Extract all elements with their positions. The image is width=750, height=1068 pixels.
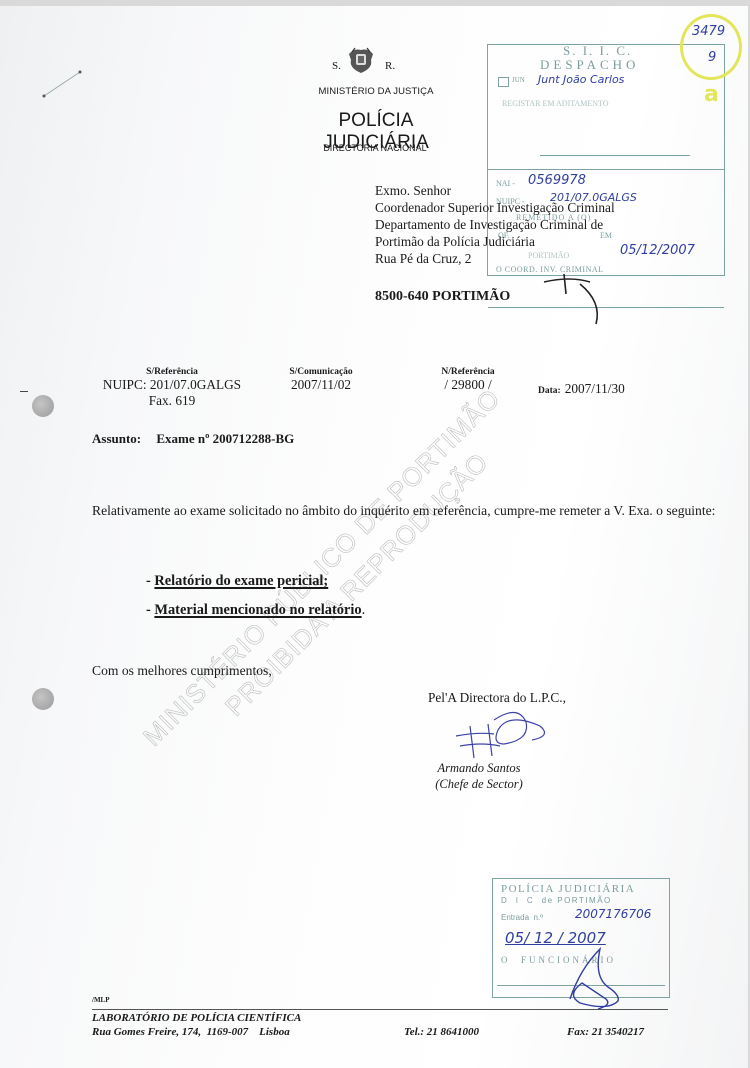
recipient-line: Exmo. Senhor bbox=[375, 182, 615, 199]
recipient-postal-city: 8500-640 PORTIMÃO bbox=[375, 289, 510, 305]
date-block: Data: 2007/11/30 bbox=[538, 380, 625, 398]
list-item: - Material mencionado no relatório. bbox=[146, 602, 365, 619]
s-comunicacao-value: 2007/11/02 bbox=[276, 377, 366, 393]
stamp-row1-label: JUN bbox=[512, 76, 525, 84]
typist-initials: /MLP bbox=[92, 996, 110, 1004]
stamp-rule bbox=[540, 155, 690, 156]
footer-address: Rua Gomes Freire, 174, 1169-007 Lisboa bbox=[92, 1026, 290, 1038]
footer-rule bbox=[92, 1009, 668, 1010]
stamp-checkbox bbox=[498, 77, 509, 87]
ministry-name: MINISTÉRIO DA JUSTIÇA bbox=[316, 86, 436, 97]
header-right-initial: R. bbox=[385, 60, 395, 72]
stamp-rule bbox=[488, 169, 724, 170]
recipient-line: Departamento de Investigação Criminal de bbox=[375, 216, 615, 233]
entrada-line-1: POLÍCIA JUDICIÁRIA bbox=[501, 883, 635, 895]
clerk-signature bbox=[560, 941, 630, 1011]
date-value: 2007/11/30 bbox=[565, 381, 625, 396]
s-referencia-block: S/Referência NUIPC: 201/07.0GALGS Fax. 6… bbox=[92, 367, 252, 409]
recipient-address: Exmo. Senhor Coordenador Superior Invest… bbox=[375, 182, 615, 267]
s-comunicacao-block: S/Comunicação 2007/11/02 bbox=[276, 367, 366, 393]
recipient-line: Coordenador Superior Investigação Crimin… bbox=[375, 199, 615, 216]
footer-fax: Fax: 21 3540217 bbox=[567, 1026, 644, 1038]
on-behalf-line: Pel'A Directora do L.P.C., bbox=[428, 690, 566, 706]
annotation-sub: 9 bbox=[708, 50, 716, 65]
subject-value: Exame nº 200712288-BG bbox=[156, 431, 294, 446]
coat-of-arms-icon bbox=[346, 46, 376, 76]
stamp-row2-label: REGISTAR EM ADITAMENTO bbox=[502, 99, 609, 108]
signer-name: Armando Santos bbox=[424, 760, 534, 776]
signer-block: Armando Santos (Chefe de Sector) bbox=[424, 760, 534, 792]
closing-line: Com os melhores cumprimentos, bbox=[92, 663, 272, 679]
stamp-row1-handwriting: Junt João Carlos bbox=[538, 73, 678, 86]
annotation-number: 3479 bbox=[692, 24, 725, 39]
annotation-mark: a bbox=[704, 82, 719, 107]
s-referencia-value: NUIPC: 201/07.0GALGS bbox=[92, 377, 252, 393]
recipient-line: Portimão da Polícia Judiciária bbox=[375, 233, 615, 250]
stamp-date-handwriting: 05/12/2007 bbox=[620, 243, 695, 258]
entrada-number-handwriting: 2007176706 bbox=[575, 907, 651, 921]
n-referencia-value: / 29800 / bbox=[428, 377, 508, 393]
signature-scribble bbox=[540, 268, 620, 328]
signer-role: (Chefe de Sector) bbox=[424, 776, 534, 792]
stamp-title-2: DESPACHO bbox=[540, 57, 639, 73]
punch-hole-top bbox=[32, 395, 54, 417]
footer-tel: Tel.: 21 8641000 bbox=[404, 1026, 479, 1038]
punch-hole-bottom bbox=[32, 688, 54, 710]
list-item-text: Material mencionado no relatório bbox=[154, 602, 361, 618]
n-referencia-block: N/Referência / 29800 / bbox=[428, 367, 508, 393]
date-label: Data: bbox=[538, 386, 561, 396]
header-left-initial: S. bbox=[332, 60, 341, 72]
document-page: MINISTÉRIO PÚBLICO DE PORTIMÃO PROIBIDA … bbox=[0, 6, 748, 1068]
list-item-text: Relatório do exame pericial; bbox=[154, 573, 328, 589]
footer-lab-name: LABORATÓRIO DE POLÍCIA CIENTÍFICA bbox=[92, 1012, 301, 1024]
n-referencia-label: N/Referência bbox=[428, 367, 508, 377]
scan-mark bbox=[20, 391, 28, 392]
handwritten-signature bbox=[448, 706, 558, 762]
scan-artifact-line bbox=[40, 66, 85, 101]
subject-line: Assunto: Exame nº 200712288-BG bbox=[92, 431, 294, 447]
subject-label: Assunto: bbox=[92, 431, 141, 446]
directorate-name: DIRECTORIA NACIONAL bbox=[310, 143, 440, 153]
entrada-number-label: Entrada n.º bbox=[501, 913, 543, 922]
entrada-line-2: D I C de PORTIMÃO bbox=[501, 896, 612, 905]
s-referencia-label: S/Referência bbox=[92, 367, 252, 377]
body-paragraph: Relativamente ao exame solicitado no âmb… bbox=[92, 493, 722, 529]
s-referencia-fax: Fax. 619 bbox=[92, 393, 252, 409]
recipient-line: Rua Pé da Cruz, 2 bbox=[375, 250, 615, 267]
list-item: - Relatório do exame pericial; bbox=[146, 573, 328, 590]
s-comunicacao-label: S/Comunicação bbox=[276, 367, 366, 377]
